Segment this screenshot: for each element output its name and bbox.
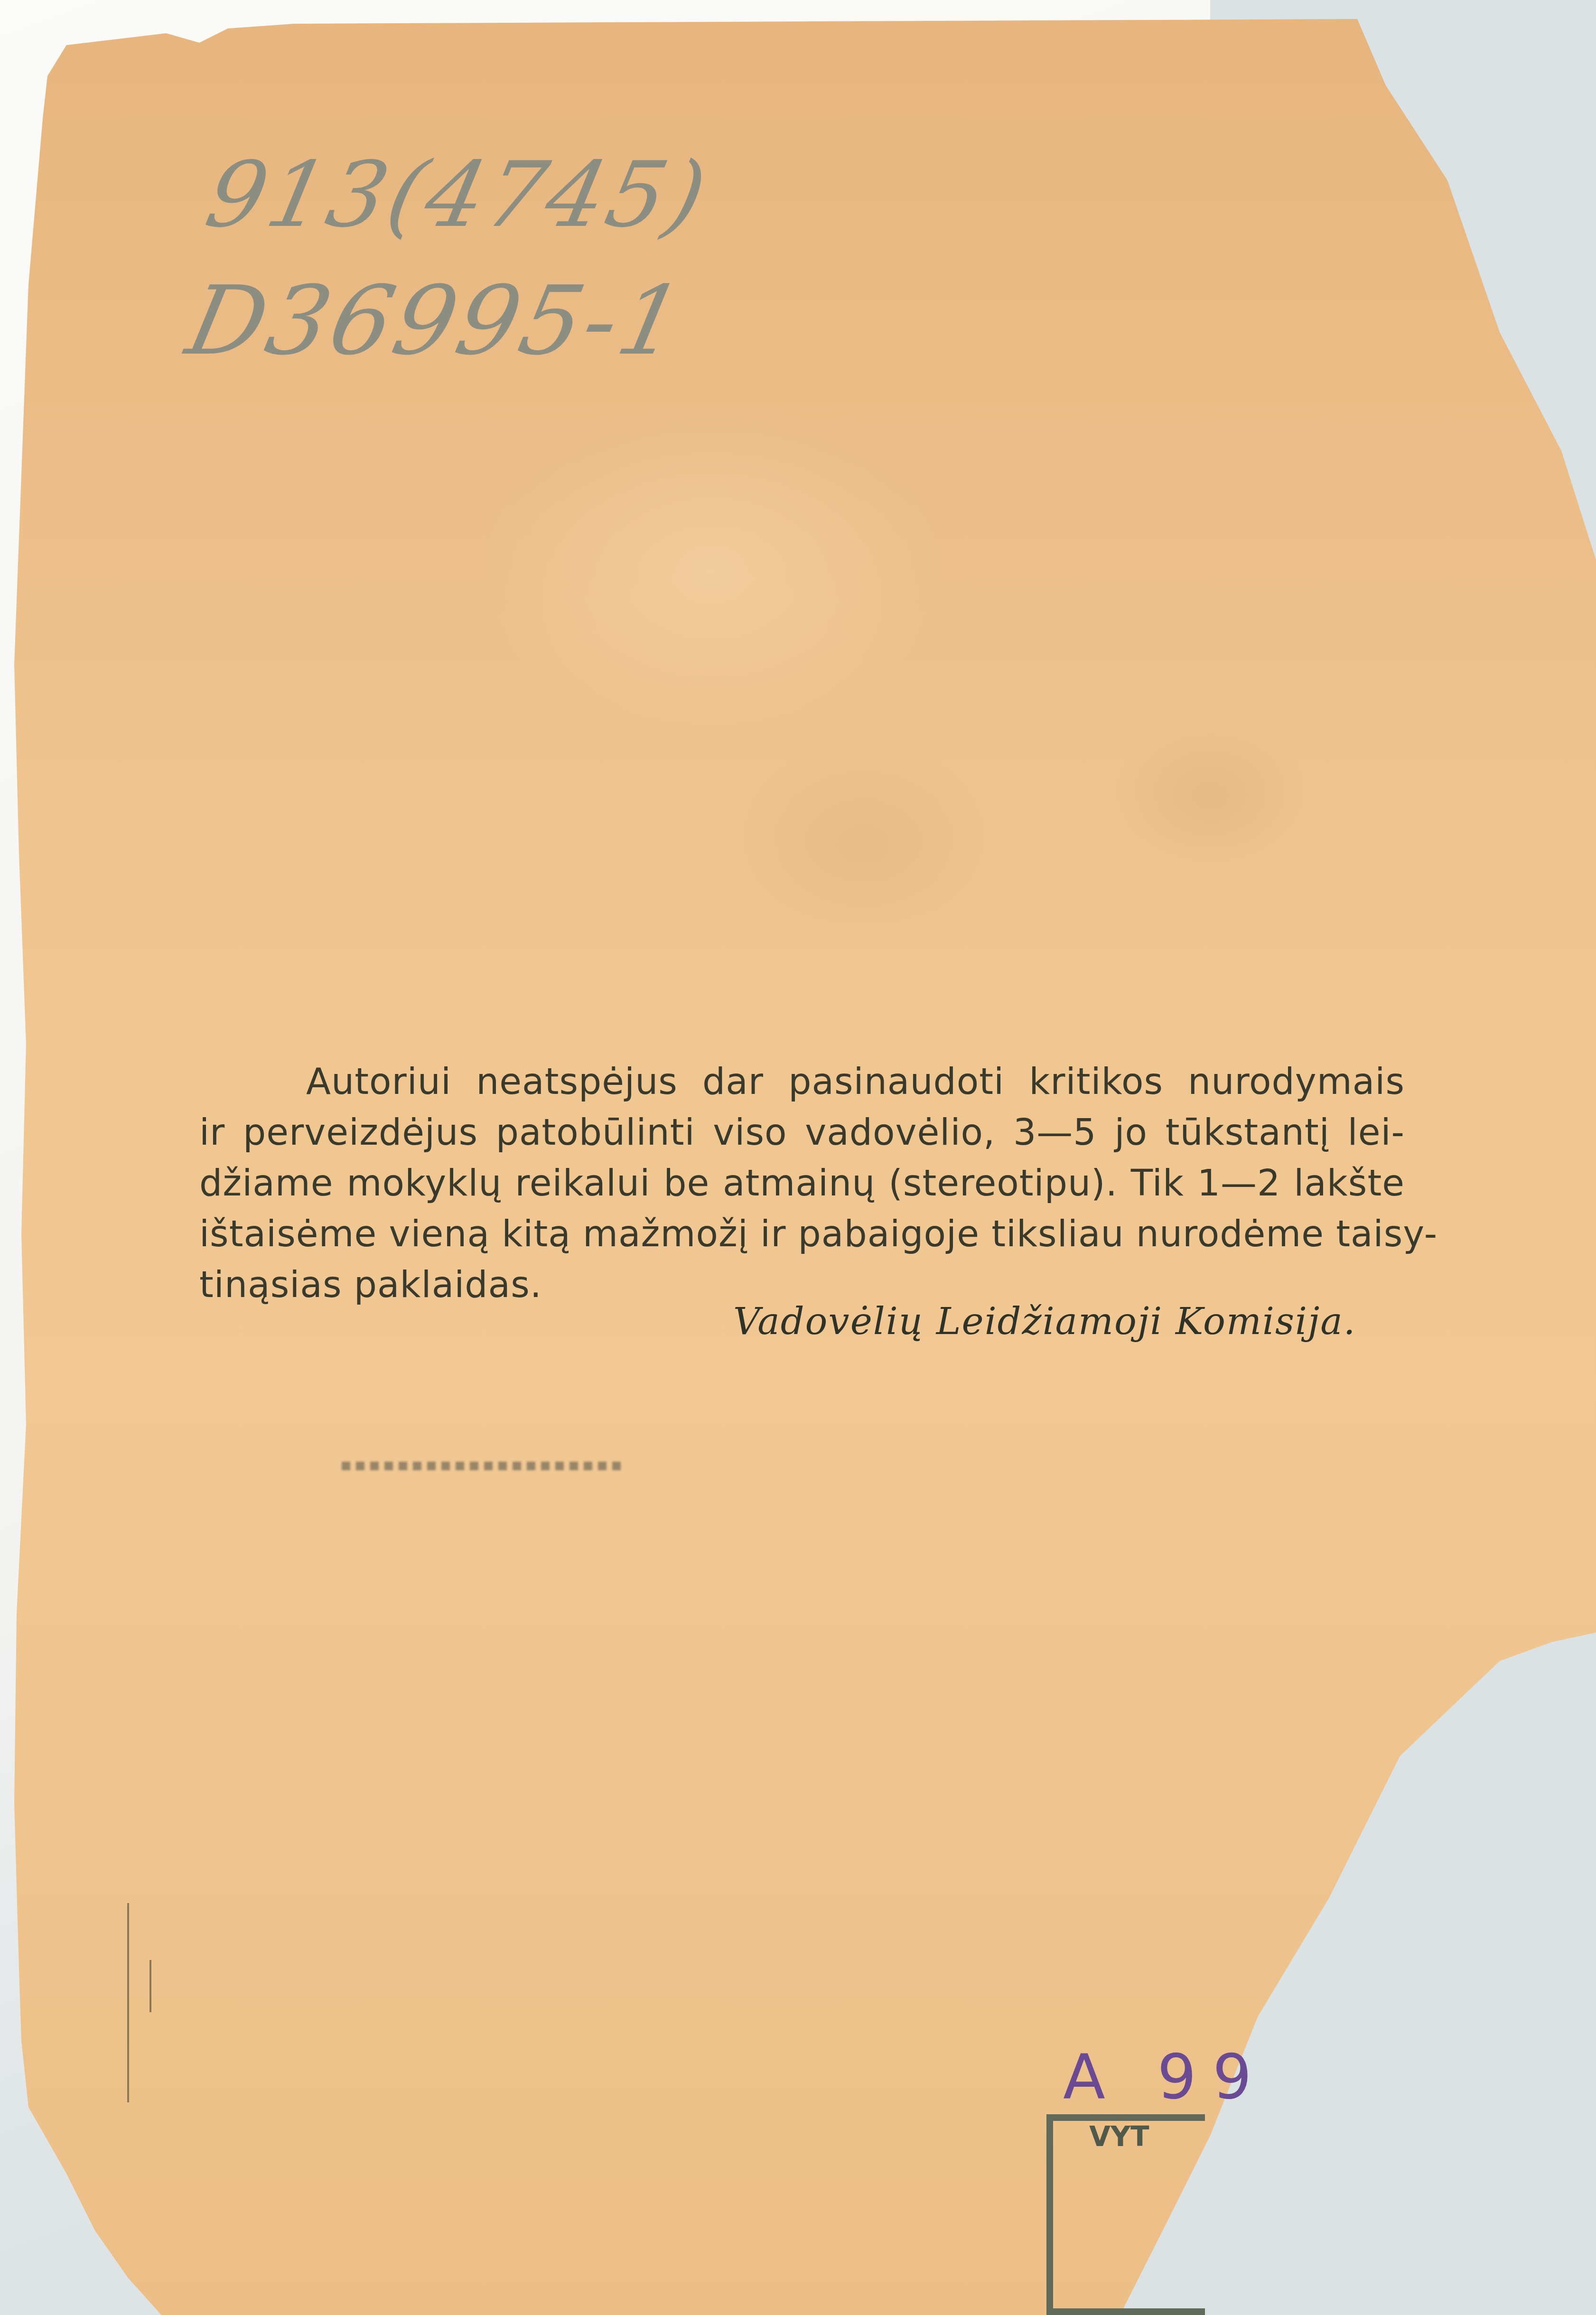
ink-offset-smudge: [342, 1462, 626, 1470]
notice-line: ir perveizdėjus patobūlinti viso vadovėl…: [199, 1107, 1405, 1157]
publisher-notice: Autoriui neatspėjus dar pasinaudoti krit…: [199, 1056, 1405, 1310]
margin-mark: [149, 1960, 151, 2012]
signature-commission: Vadovėlių Leidžiamoji Komisija.: [733, 1300, 1356, 1343]
handwritten-inventory-number: D36995-1: [178, 266, 695, 376]
library-stamp-label: VYT: [1089, 2120, 1149, 2153]
notice-line: Autoriui neatspėjus dar pasinaudoti krit…: [199, 1056, 1405, 1107]
margin-dotted-line: [127, 1903, 129, 2102]
handwritten-shelf-mark: 913(4745): [198, 142, 718, 247]
notice-line: ištaisėme vieną kitą mažmožį ir pabaigoj…: [199, 1208, 1405, 1259]
notice-line: džiame mokyklų reikalui be atmainų (ster…: [199, 1157, 1405, 1208]
library-stamp-number: A 99: [1063, 2041, 1268, 2113]
